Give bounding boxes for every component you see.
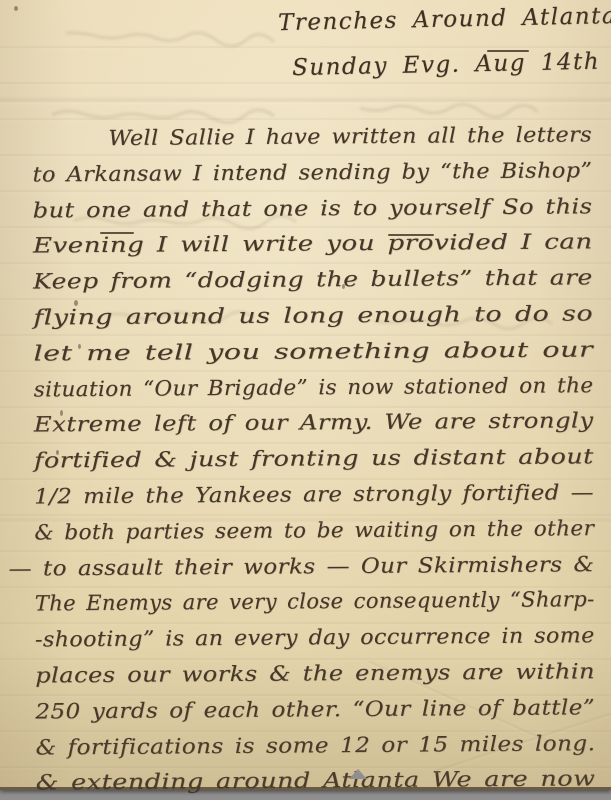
letter-body: Well Sallie I have written all the lette… bbox=[32, 119, 595, 782]
letter-paper-sheet: Trenches Around Atlanta Ga Sunday Evg. A… bbox=[0, 0, 611, 790]
letter-line: flying around us long enough to do so bbox=[33, 296, 593, 336]
letter-line: & fortifications is some 12 or 15 miles … bbox=[35, 726, 595, 766]
heading-date-line: Sunday Evg. Aug 14th 1864 bbox=[292, 47, 611, 81]
letter-line: -shooting” is an every day occurrence in… bbox=[35, 618, 595, 658]
bleed-through-marks bbox=[28, 22, 278, 56]
letter-line: situation “Our Brigade” is now stationed… bbox=[34, 368, 594, 408]
letter-line: Evening I will write you provided I can bbox=[33, 225, 593, 265]
letter-line: & both parties seem to be waiting on the… bbox=[34, 511, 594, 551]
ink-speck bbox=[14, 6, 18, 11]
letter-line: Keep from “dodging the bullets” that are bbox=[33, 260, 593, 300]
letter-line: fortified & just fronting us distant abo… bbox=[34, 439, 594, 479]
heading-place-line: Trenches Around Atlanta Ga bbox=[278, 2, 611, 36]
letter-line: 250 yards of each other. “Our line of ba… bbox=[35, 690, 595, 730]
letter-line: The Enemys are very close consequently “… bbox=[35, 582, 595, 622]
letter-line: places our works & the enemys are within bbox=[35, 654, 595, 694]
letter-line: & extending around Atlanta We are now bbox=[36, 762, 596, 800]
letter-line: but one and that one is to yourself So t… bbox=[33, 189, 593, 229]
letter-line: Extreme left of our Army. We are strongl… bbox=[34, 404, 594, 444]
letter-line: let me tell you something about our bbox=[33, 332, 593, 372]
fold-crease bbox=[0, 96, 611, 106]
letter-line: to Arkansaw I intend sending by “the Bis… bbox=[32, 153, 592, 193]
letter-line: — to assault their works — Our Skirmishe… bbox=[8, 547, 594, 587]
letter-line: Well Sallie I have written all the lette… bbox=[108, 117, 592, 157]
letter-line: 1/2 mile the Yankees are strongly fortif… bbox=[34, 475, 594, 515]
scanned-letter-page: { "letter": { "heading": { "place_line":… bbox=[0, 0, 611, 800]
